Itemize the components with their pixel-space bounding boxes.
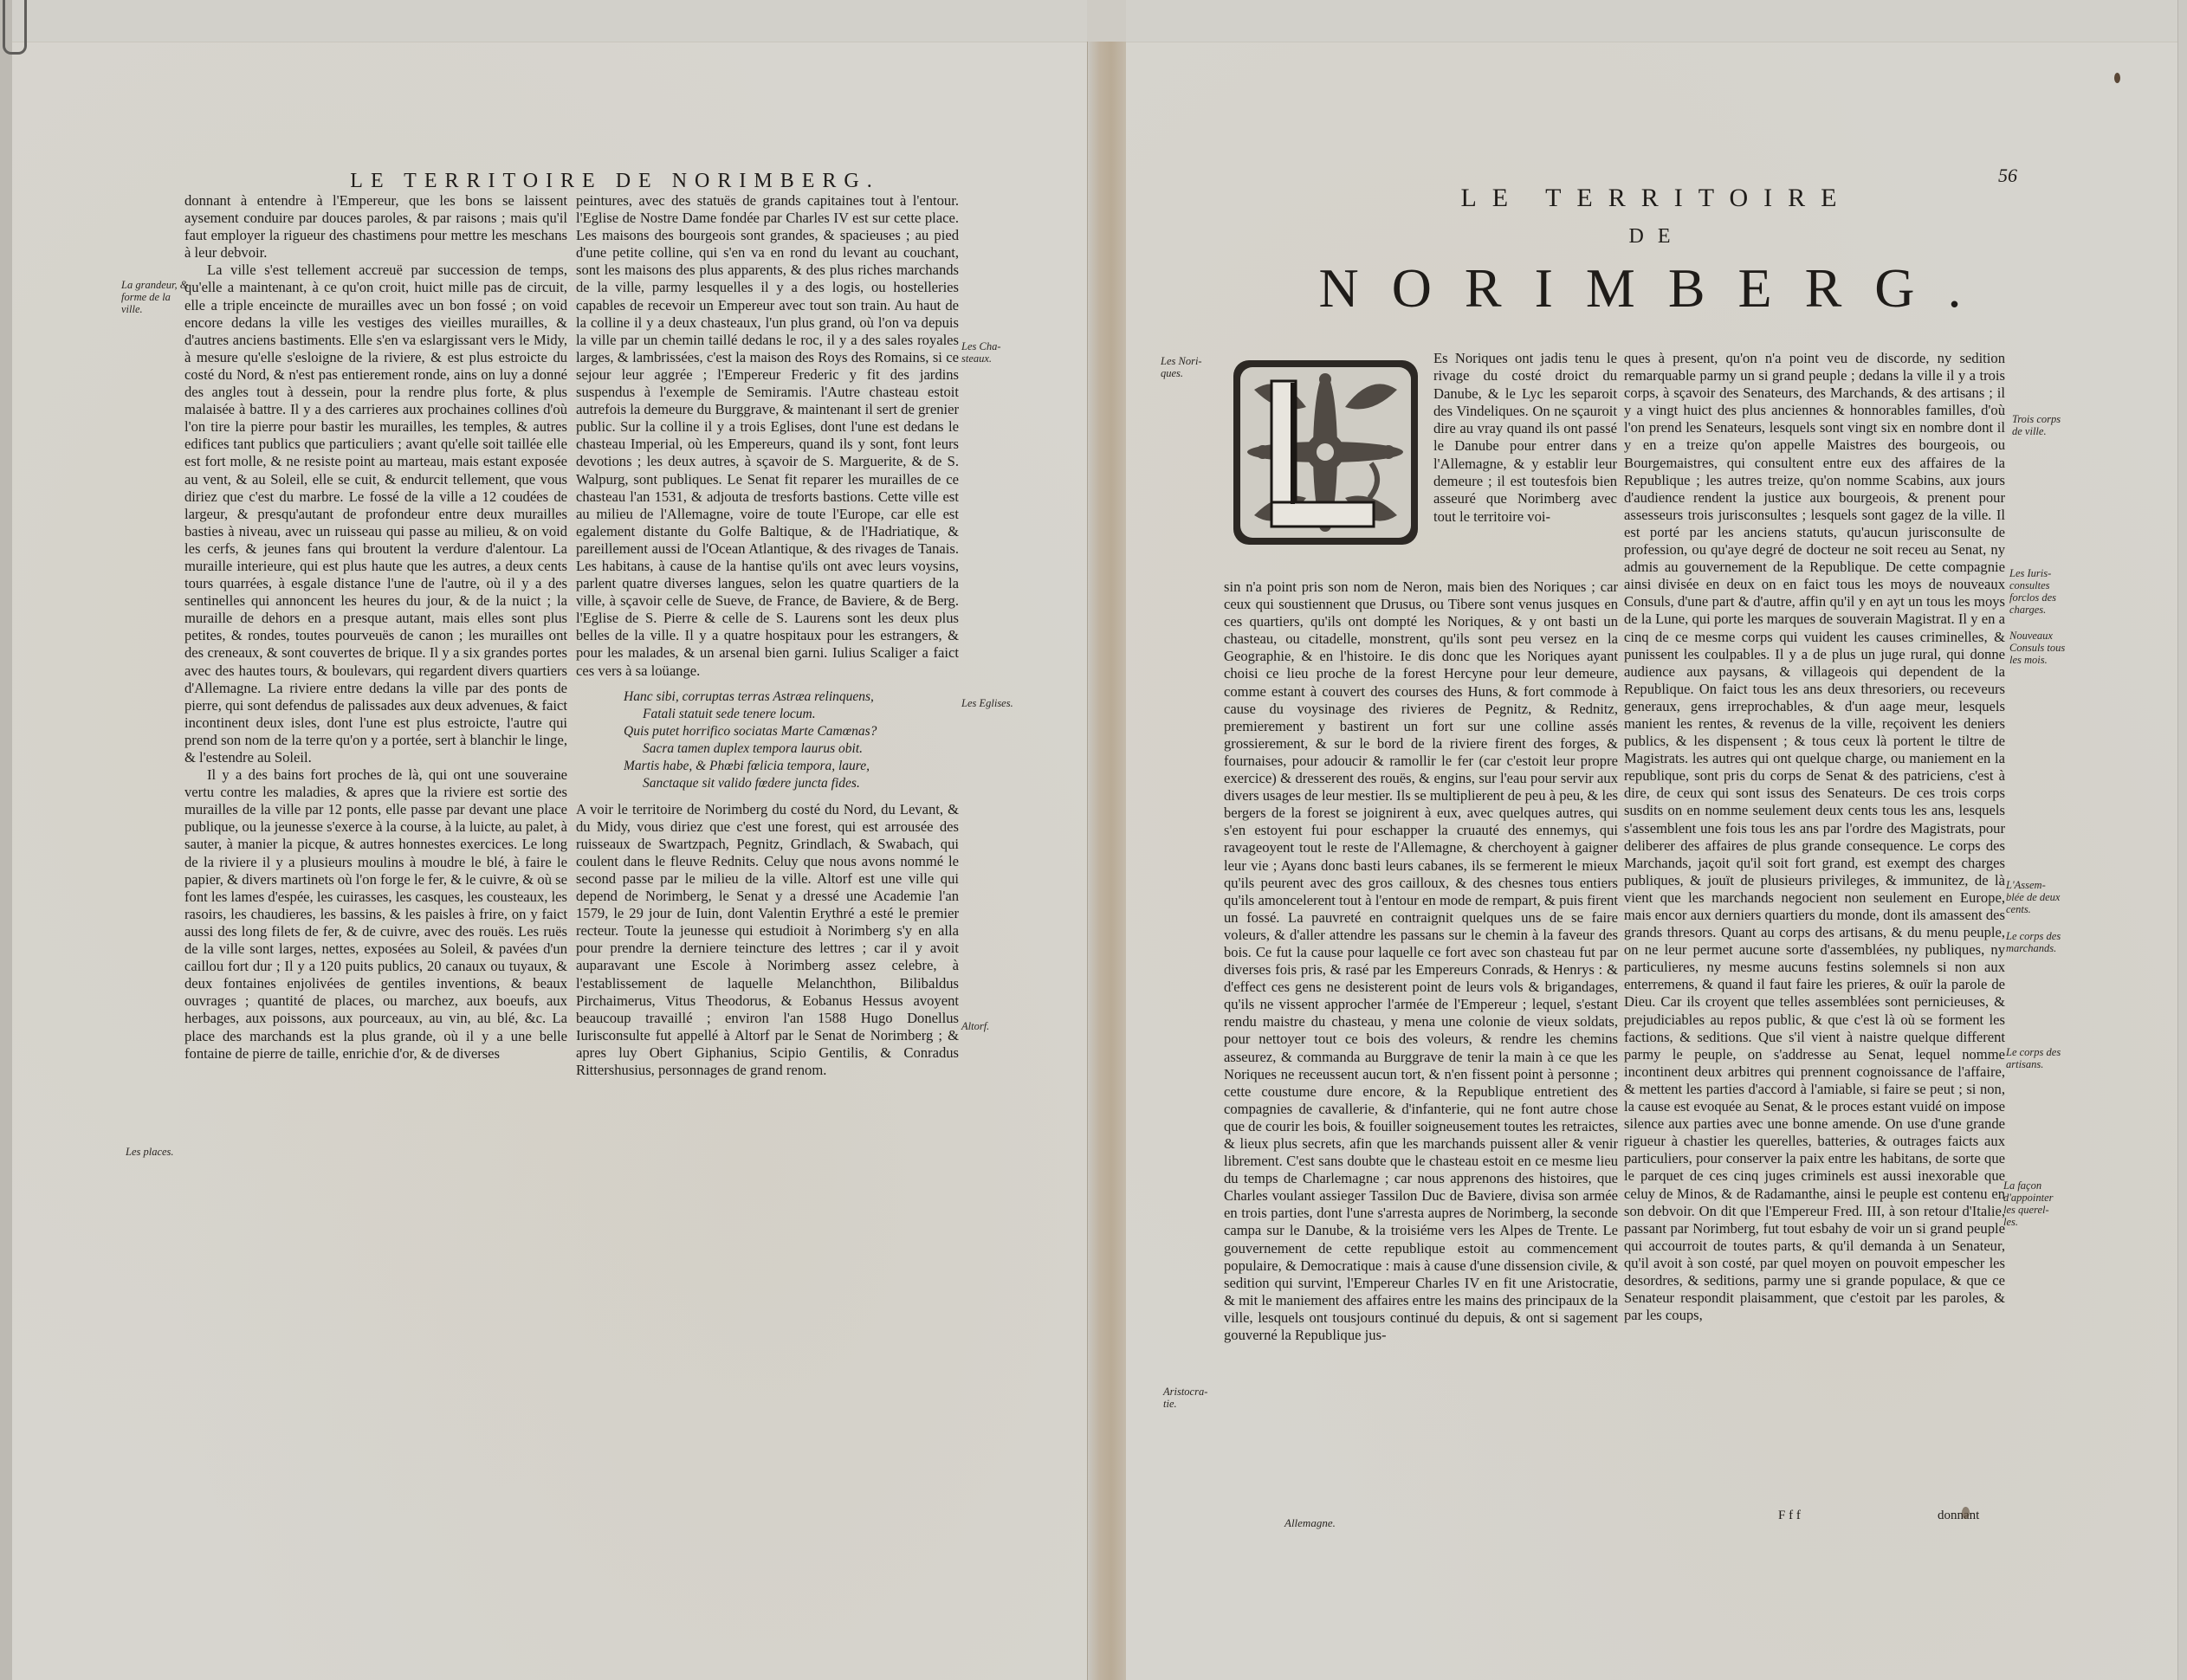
margin-note: L'Assem- blée de deux cents. (2006, 879, 2060, 915)
stain-spot (2114, 73, 2120, 83)
paperclip-icon (3, 0, 27, 55)
margin-note: Trois corps de ville. (2012, 413, 2061, 437)
text-beside-drop-cap: Es Noriques ont jadis tenu le rivage du … (1433, 350, 1617, 526)
margin-note: Les Eglises. (961, 697, 1013, 709)
running-head: LE TERRITOIRE DE NORIMBERG. (312, 170, 918, 193)
margin-note: Les Iuris- consultes forclos des charges… (2009, 567, 2056, 616)
poem-line: Quis putet horrifico sociatas Marte Camœ… (624, 723, 959, 740)
book-spine-gutter (1087, 42, 1128, 1680)
paragraph: donnant à entendre à l'Empereur, que les… (184, 192, 567, 262)
left-column-1: donnant à entendre à l'Empereur, que les… (184, 192, 567, 1063)
poem-line: Fatali statuit sede tenere locum. (624, 706, 959, 723)
ornamental-drop-cap-icon (1228, 355, 1423, 550)
margin-note: La grandeur, & forme de la ville. (121, 279, 188, 315)
paragraph: Il y a des bains fort proches de là, qui… (184, 766, 567, 1063)
paragraph: La ville s'est tellement accreuë par suc… (184, 262, 567, 766)
margin-note: Le corps des artisans. (2006, 1046, 2061, 1070)
margin-note: Aristocra- tie. (1163, 1386, 1207, 1410)
title-main: NORIMBERG. (1126, 256, 2187, 320)
top-margin-band (0, 0, 1087, 42)
footer-note: Allemagne. (1284, 1517, 1336, 1529)
latin-poem: Hanc sibi, corruptas terras Astræa relin… (624, 688, 959, 792)
poem-line: Sanctaque sit valido fœdere juncta fides… (624, 775, 959, 792)
title-line-2: DE (1126, 225, 2187, 249)
margin-note: Les Cha- steaux. (961, 340, 1001, 365)
catchword: donnant (1938, 1509, 1979, 1523)
right-mount-edge (2177, 0, 2187, 1680)
margin-note: La façon d'appointer les querel- les. (2003, 1179, 2054, 1228)
right-column-2: ques à present, qu'on n'a point veu de d… (1624, 350, 2005, 1324)
margin-note: Les places. (126, 1146, 174, 1158)
signature-mark: F f f (1778, 1509, 1801, 1523)
top-margin-band (1126, 0, 2187, 42)
paragraph: peintures, avec des statuës de grands ca… (576, 192, 959, 680)
poem-line: Hanc sibi, corruptas terras Astræa relin… (624, 688, 959, 706)
left-column-2: peintures, avec des statuës de grands ca… (576, 192, 959, 1079)
right-column-1: sin n'a point pris son nom de Neron, mai… (1224, 578, 1618, 1344)
gutter-top (1087, 0, 1126, 42)
paragraph: A voir le territoire de Norimberg du cos… (576, 801, 959, 1080)
poem-line: Martis habe, & Phœbi fœlicia tempora, la… (624, 758, 959, 775)
margin-note: Le corps des marchands. (2006, 930, 2061, 954)
stain-spot (1962, 1507, 1970, 1519)
margin-note: Altorf. (961, 1020, 989, 1032)
margin-note: Les Nori- ques. (1161, 355, 1202, 379)
left-mount-edge (0, 0, 12, 1680)
margin-note: Nouveaux Consuls tous les mois. (2009, 630, 2065, 666)
title-line-1: LE TERRITOIRE (1126, 184, 2187, 213)
poem-line: Sacra tamen duplex tempora laurus obit. (624, 740, 959, 758)
